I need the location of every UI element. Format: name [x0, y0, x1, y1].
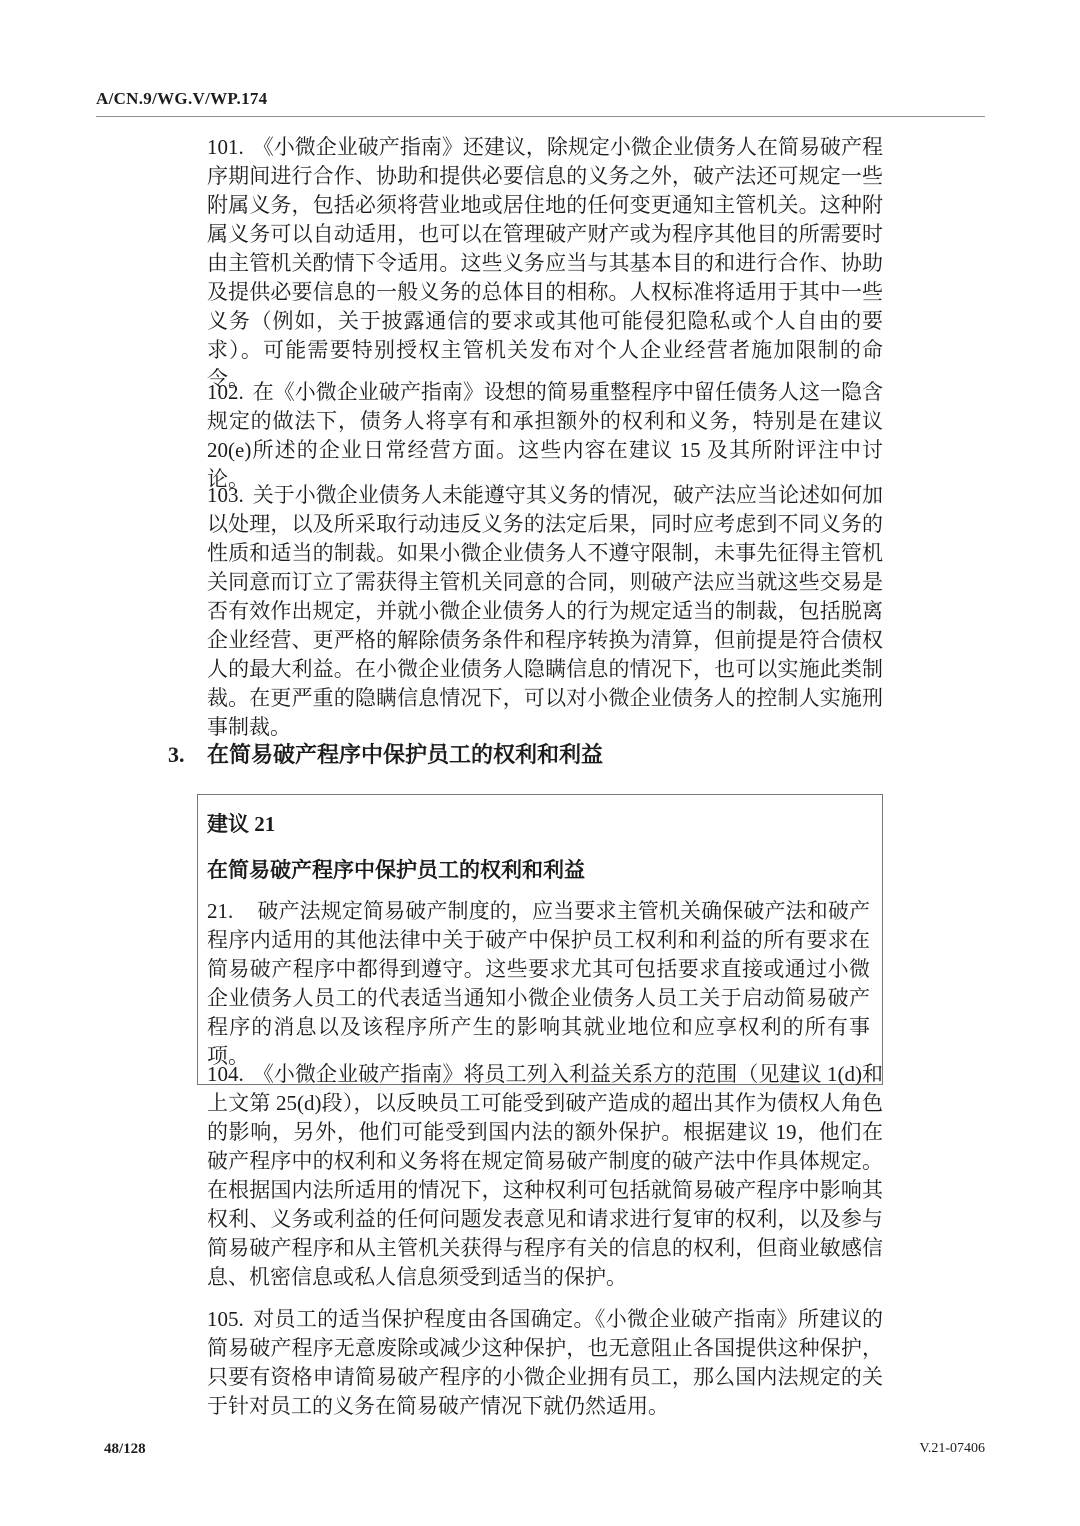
paragraph-text: 《小微企业破产指南》还建议，除规定小微企业债务人在简易破产程序期间进行合作、协助…: [207, 135, 883, 391]
paragraph-104: 104.《小微企业破产指南》将员工列入利益关系方的范围（见建议 1(d)和上文第…: [207, 1060, 883, 1292]
footer-page-number: 48/128: [104, 1441, 146, 1458]
paragraph-number: 101.: [207, 135, 244, 159]
paragraph-103: 103.关于小微企业债务人未能遵守其义务的情况，破产法应当论述如何加以处理，以及…: [207, 481, 883, 742]
paragraph-101: 101.《小微企业破产指南》还建议，除规定小微企业债务人在简易破产程序期间进行合…: [207, 133, 883, 394]
section-heading: 3. 在简易破产程序中保护员工的权利和利益: [168, 740, 884, 770]
recommendation-label: 建议 21: [207, 810, 870, 839]
paragraph-text: 对员工的适当保护程度由各国确定。《小微企业破产指南》所建议的简易破产程序无意废除…: [207, 1307, 883, 1418]
paragraph-number: 102.: [207, 380, 244, 404]
recommendation-box: 建议 21 在简易破产程序中保护员工的权利和利益 21.破产法规定简易破产制度的…: [197, 794, 883, 1085]
recommendation-title: 在简易破产程序中保护员工的权利和利益: [207, 856, 870, 885]
document-symbol: A/CN.9/WG.V/WP.174: [96, 89, 267, 109]
header-rule: [96, 116, 985, 117]
paragraph-number: 105.: [207, 1307, 244, 1331]
document-page: A/CN.9/WG.V/WP.174 101.《小微企业破产指南》还建议，除规定…: [0, 0, 1080, 1526]
paragraph-102: 102.在《小微企业破产指南》设想的简易重整程序中留任债务人这一隐含规定的做法下…: [207, 378, 883, 494]
paragraph-number: 104.: [207, 1062, 244, 1086]
recommendation-paragraph: 21.破产法规定简易破产制度的，应当要求主管机关确保破产法和破产程序内适用的其他…: [207, 897, 870, 1071]
section-title: 在简易破产程序中保护员工的权利和利益: [207, 740, 603, 770]
paragraph-text: 《小微企业破产指南》将员工列入利益关系方的范围（见建议 1(d)和上文第 25(…: [207, 1062, 883, 1289]
paragraph-number: 21.: [207, 899, 233, 923]
footer-document-id: V.21-07406: [920, 1441, 985, 1457]
paragraph-number: 103.: [207, 483, 244, 507]
paragraph-text: 破产法规定简易破产制度的，应当要求主管机关确保破产法和破产程序内适用的其他法律中…: [207, 899, 870, 1068]
section-number: 3.: [168, 740, 207, 770]
paragraph-text: 在《小微企业破产指南》设想的简易重整程序中留任债务人这一隐含规定的做法下，债务人…: [207, 380, 883, 491]
paragraph-105: 105.对员工的适当保护程度由各国确定。《小微企业破产指南》所建议的简易破产程序…: [207, 1305, 883, 1421]
paragraph-text: 关于小微企业债务人未能遵守其义务的情况，破产法应当论述如何加以处理，以及所采取行…: [207, 483, 883, 739]
